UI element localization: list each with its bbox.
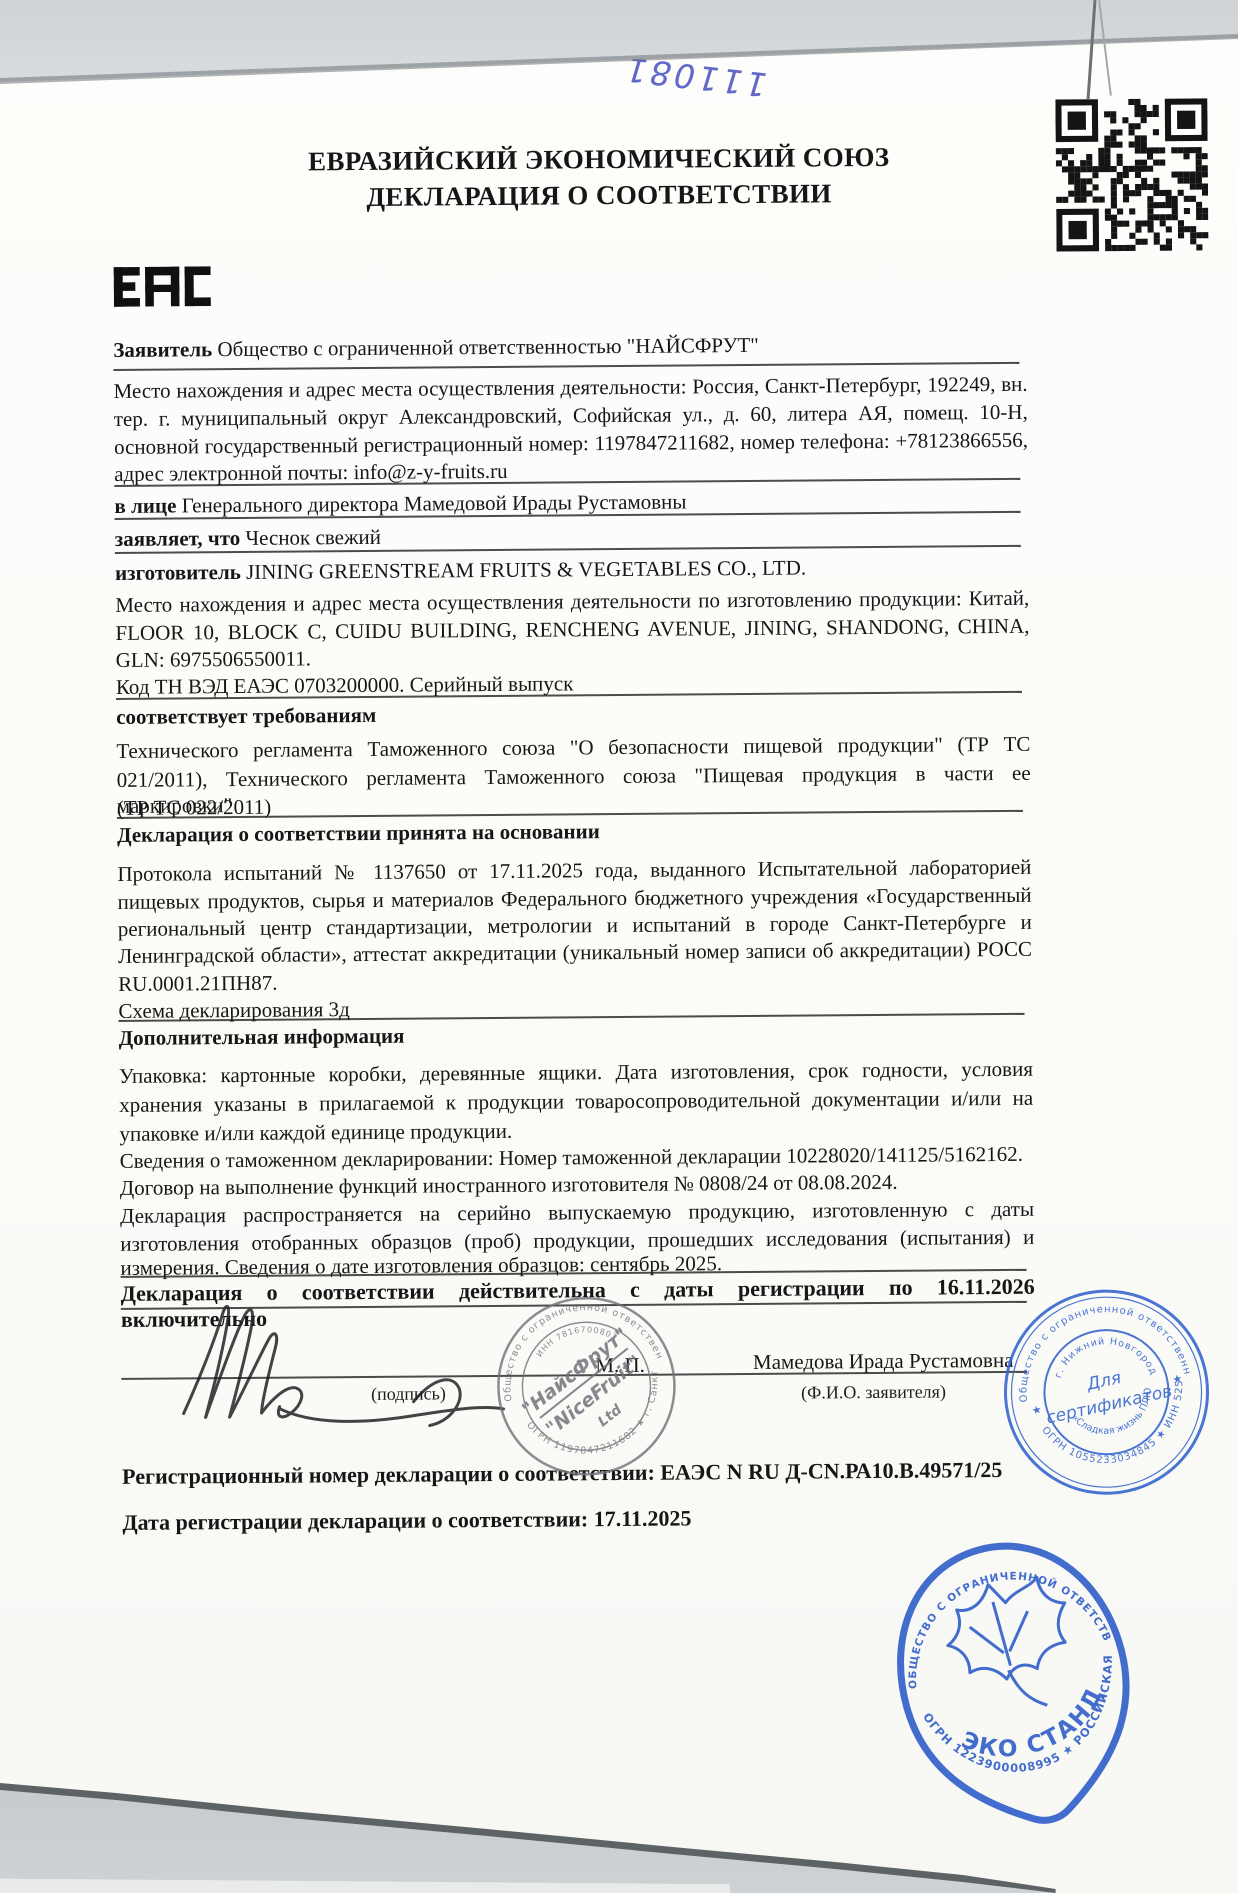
registration-number-line: Регистрационный номер декларации о соотв…: [122, 1457, 1036, 1490]
registration-date-line: Дата регистрации декларации о соответств…: [122, 1503, 1036, 1536]
stamp-ring-text: г. Нижний Новгород: [1047, 1325, 1160, 1397]
additional-line: Упаковка: картонные коробки, деревянные …: [119, 1056, 1033, 1089]
svg-text:ОГРН 1223900008995 ★ РОССИЙСКА: ОГРН 1223900008995 ★ РОССИЙСКАЯ ФЕДЕРАЦИ…: [855, 1511, 1139, 1807]
stamp-star: ★: [1030, 1403, 1043, 1418]
stamp-center-text: Для: [1084, 1368, 1123, 1395]
eac-logo: [113, 240, 211, 333]
declares-label: заявляет, что: [115, 526, 241, 551]
manufacturer-line: изготовитель JINING GREENSTREAM FRUITS &…: [115, 553, 1029, 586]
applicant-label: Заявитель: [113, 337, 212, 362]
svg-text:ОБЩЕСТВО С ОГРАНИЧЕННОЙ ОТВЕТС: ОБЩЕСТВО С ОГРАНИЧЕННОЙ ОТВЕТСТВЕННОСТЬЮ…: [855, 1511, 1113, 1704]
manufacturer-value: JINING GREENSTREAM FRUITS & VEGETABLES C…: [246, 556, 806, 584]
handwritten-signature: [161, 1281, 522, 1442]
name-caption: (Ф.И.О. заявителя): [773, 1381, 973, 1404]
stamp-star: ★: [1171, 1372, 1184, 1387]
additional-line: хранения указаны в прилагаемой к продукц…: [119, 1085, 1033, 1118]
maple-leaf-icon: [935, 1566, 1090, 1726]
stamp-ring-text: ОБЩЕСТВО С ОГРАНИЧЕННОЙ ОТВЕТСТВЕННОСТЬЮ…: [855, 1511, 1113, 1704]
stamp-place-label: М. П.: [595, 1352, 675, 1379]
manufacturer-label: изготовитель: [115, 560, 241, 585]
declaration-document: 111081 ЕВРАЗИЙСКИЙ ЭКОНОМИЧЕСКИЙ СОЮЗ ДЕ…: [0, 0, 1238, 1893]
stamp-center-text: ЭКО СТАНДАРТ: [855, 1511, 1120, 1795]
applicant-name: Мамедова Ирада Рустамовна: [703, 1347, 1063, 1376]
applicant-line: Заявитель Общество с ограниченной ответс…: [113, 330, 1027, 363]
stamp-center-text: сертификатов: [1045, 1381, 1174, 1428]
qr-code: [1055, 94, 1208, 255]
signature-caption: (подпись): [333, 1383, 483, 1405]
declares-value: Чеснок свежий: [245, 525, 381, 550]
in-person-label: в лице: [114, 493, 176, 517]
applicant-value: Общество с ограниченной ответственностью…: [217, 333, 759, 361]
rule-line: [113, 362, 1019, 371]
document-title-line1: ЕВРАЗИЙСКИЙ ЭКОНОМИЧЕСКИЙ СОЮЗ: [124, 140, 1074, 178]
svg-text:г. Нижний Новгород: г. Нижний Новгород: [1047, 1325, 1160, 1397]
stamp-center-text: Ltd: [595, 1401, 626, 1430]
svg-text:ЭКО СТАНДАРТ: ЭКО СТАНДАРТ: [855, 1511, 1120, 1795]
complies-heading: соответствует требованиям: [116, 697, 1030, 730]
eco-standard-stamp: ОБЩЕСТВО С ОГРАНИЧЕННОЙ ОТВЕТСТВЕННОСТЬЮ…: [855, 1511, 1176, 1860]
document-title-line2: ДЕКЛАРАЦИЯ О СООТВЕТСТВИИ: [124, 176, 1074, 214]
stamp-ring-text: ОГРН 1223900008995 ★ РОССИЙСКАЯ ФЕДЕРАЦИ…: [855, 1511, 1139, 1807]
complies-line: Технического регламента Таможенного союз…: [116, 731, 1030, 764]
